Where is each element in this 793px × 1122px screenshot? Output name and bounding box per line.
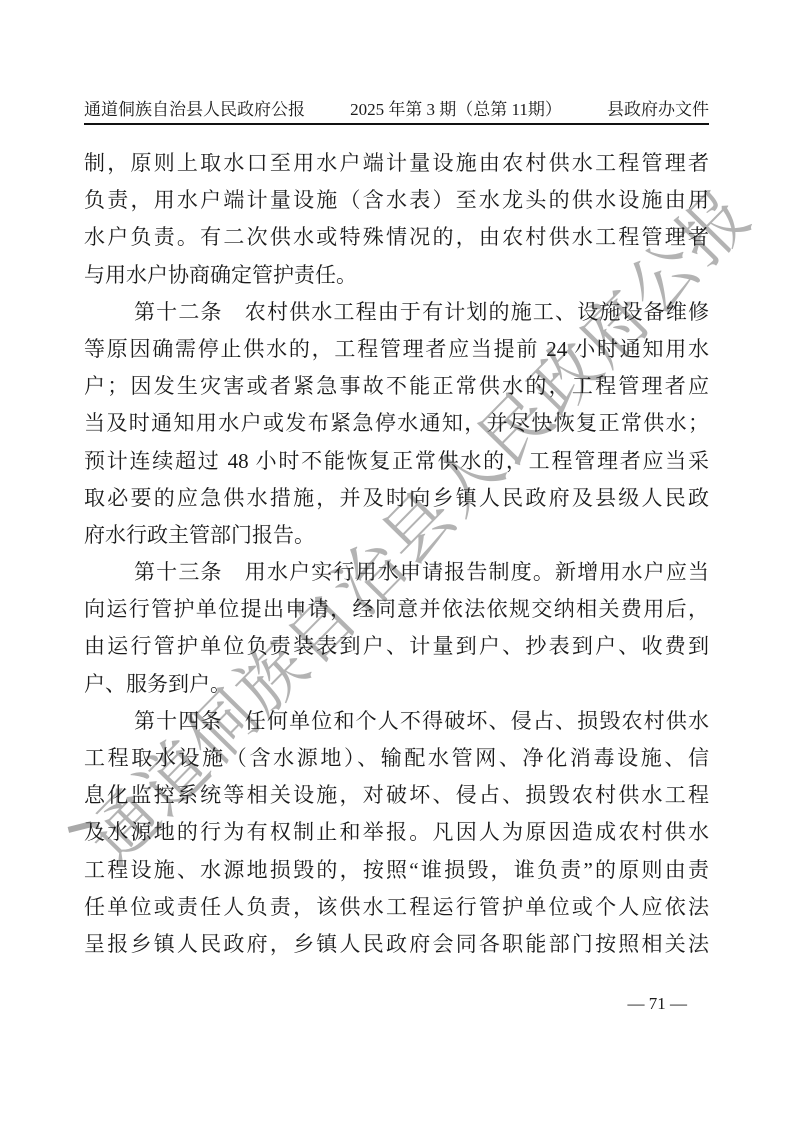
body-line: 第十二条 农村供水工程由于有计划的施工、设施设备维修 xyxy=(84,294,709,331)
body-line: 水户负责。有二次供水或特殊情况的，由农村供水工程管理者 xyxy=(84,219,709,256)
body-line: 向运行管护单位提出申请，经同意并依法依规交纳相关费用后， xyxy=(84,591,709,628)
body-line: 负责，用水户端计量设施（含水表）至水龙头的供水设施由用 xyxy=(84,182,709,219)
body-line: 息化监控系统等相关设施，对破坏、侵占、损毁农村供水工程 xyxy=(84,777,709,814)
body-line: 府水行政主管部门报告。 xyxy=(84,517,709,554)
body-line: 任单位或责任人负责，该供水工程运行管护单位或个人应依法 xyxy=(84,889,709,926)
document-body: 制，原则上取水口至用水户端计量设施由农村供水工程管理者负责，用水户端计量设施（含… xyxy=(84,145,709,963)
body-line: 工程取水设施（含水源地）、输配水管网、净化消毒设施、信 xyxy=(84,740,709,777)
page-footer: — 71 — xyxy=(84,994,709,1014)
body-line: 户；因发生灾害或者紧急事故不能正常供水的，工程管理者应 xyxy=(84,368,709,405)
body-line: 等原因确需停止供水的，工程管理者应当提前 24 小时通知用水 xyxy=(84,331,709,368)
body-line: 制，原则上取水口至用水户端计量设施由农村供水工程管理者 xyxy=(84,145,709,182)
body-line: 当及时通知用水户或发布紧急停水通知，并尽快恢复正常供水； xyxy=(84,405,709,442)
body-line: 与用水户协商确定管护责任。 xyxy=(84,257,709,294)
body-line: 及水源地的行为有权制止和举报。凡因人为原因造成农村供水 xyxy=(84,814,709,851)
body-line: 预计连续超过 48 小时不能恢复正常供水的，工程管理者应当采 xyxy=(84,443,709,480)
body-line: 呈报乡镇人民政府，乡镇人民政府会同各职能部门按照相关法 xyxy=(84,926,709,963)
body-line: 户、服务到户。 xyxy=(84,666,709,703)
body-line: 工程设施、水源地损毁的，按照“谁损毁，谁负责”的原则由责 xyxy=(84,852,709,889)
body-line: 第十四条 任何单位和个人不得破坏、侵占、损毁农村供水 xyxy=(84,703,709,740)
page-number: — 71 — xyxy=(628,994,688,1013)
body-line: 取必要的应急供水措施，并及时向乡镇人民政府及县级人民政 xyxy=(84,480,709,517)
gazette-page: 通道侗族自治县人民政府公报 通道侗族自治县人民政府公报 2025 年第 3 期（… xyxy=(0,0,793,1122)
page-header: 通道侗族自治县人民政府公报 2025 年第 3 期（总第 11期） 县政府办文件 xyxy=(84,99,709,125)
body-line: 第十三条 用水户实行用水申请报告制度。新增用水户应当 xyxy=(84,554,709,591)
header-section-label: 县政府办文件 xyxy=(607,99,709,120)
header-issue-info: 2025 年第 3 期（总第 11期） xyxy=(350,99,562,120)
body-line: 由运行管护单位负责装表到户、计量到户、抄表到户、收费到 xyxy=(84,628,709,665)
header-publication-title: 通道侗族自治县人民政府公报 xyxy=(84,99,305,120)
